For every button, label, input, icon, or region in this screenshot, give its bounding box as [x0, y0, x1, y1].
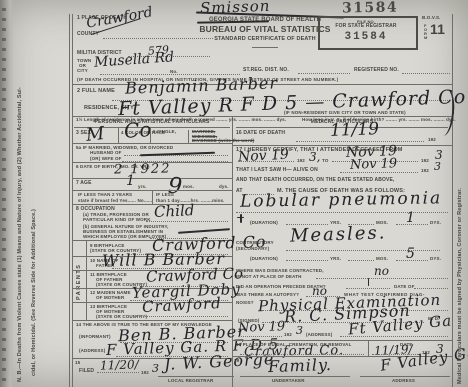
streg-dist-label: ST.REG. DIST. NO. — [243, 67, 289, 73]
date-of-death-handwritten: 11/19 — [330, 119, 380, 141]
contributory-label-2: (SECONDARY) — [236, 246, 269, 251]
margin-note-left-1: N. B.—In Deaths from Violent Causes stat… — [17, 87, 23, 382]
informant-address-label: (ADDRESS) — [79, 348, 105, 353]
local-registrar-label: LOCAL REGISTRAR — [168, 378, 213, 383]
last-saw-alive-label: THAT I LAST SAW H— ALIVE ON — [236, 167, 318, 173]
undertaker-handwritten: Family. — [268, 355, 333, 376]
form-border-left — [72, 14, 73, 387]
duration2-days-handwritten: 5 — [406, 246, 415, 262]
blank — [146, 221, 228, 222]
cell-divider — [152, 190, 153, 204]
bovs-label: B.O.V.S. — [422, 15, 441, 20]
date-of-death-label: 16 DATE OF DEATH — [236, 130, 285, 136]
filed-year-handwritten: 3 — [152, 362, 159, 375]
blank — [346, 288, 390, 289]
breast-fed-note-2: state if breast fed Yes...... No...... — [78, 198, 152, 203]
year-prefix: 192 — [284, 332, 292, 337]
cause-of-death-handwritten: Lobular pneumonia — [240, 188, 443, 212]
mother-maiden-label-2: OF MOTHER — [96, 295, 124, 300]
blank — [238, 336, 282, 337]
death-certificate-scan: N. B.—In Deaths from Violent Causes stat… — [0, 0, 468, 387]
form-number: 11 — [430, 21, 445, 37]
blank — [414, 288, 448, 289]
pen-stroke — [368, 278, 369, 286]
blank — [286, 250, 440, 251]
date-of-birth-handwritten: 2 1922 — [114, 161, 172, 177]
test-confirmed-label-2: NOSIS? — [236, 300, 254, 305]
sign-date-handwritten: Nov 19 — [238, 319, 286, 336]
filed-year-prefix: 192 — [141, 370, 149, 375]
marital-single-label: 5 SINGLE, — [153, 129, 176, 134]
year-prefix: 192 — [421, 158, 429, 163]
disease-contracted-label-2: IF NOT AT PLACE OF DEATH — [236, 274, 302, 279]
contracted-handwritten: no — [374, 264, 389, 278]
age-yrs-unit: yrs. — [138, 184, 147, 189]
blank — [136, 316, 228, 317]
blank — [316, 278, 448, 279]
last-saw-year-handwritten: 3 — [434, 160, 441, 173]
blank — [286, 260, 328, 261]
sign-year-handwritten: 3 — [296, 324, 303, 337]
dys-label: DYS. — [430, 256, 441, 261]
last-saw-handwritten: Nov 19 — [350, 156, 398, 173]
year-prefix: 192 — [297, 158, 305, 163]
rule — [240, 376, 350, 377]
blank — [97, 372, 139, 373]
mos-label: MOS. — [376, 256, 388, 261]
cell-divider — [368, 340, 369, 356]
operation-date-label: DATE OF — [394, 284, 414, 289]
file-box-label-2: FOR STATE REGISTRAR — [320, 23, 412, 29]
form-border-right — [452, 14, 453, 387]
margin-note-left-2: cidal, or Homicidal. (See Reverse Side f… — [31, 209, 37, 376]
age-yrs-handwritten: 1 — [126, 173, 135, 189]
less-than-day-note-1: IF LESS — [156, 192, 174, 197]
duration-label: (DURATION) — [250, 256, 278, 261]
yrs-label: YRS. — [330, 256, 341, 261]
age-dys-unit: dys. — [219, 184, 229, 189]
marital-brace — [188, 130, 189, 143]
county-blank — [103, 38, 213, 39]
rule — [158, 376, 234, 377]
undertaker-label: UNDERTAKER — [272, 378, 305, 383]
duration-label: (DURATION) — [250, 220, 278, 225]
occupation-handwritten: Child — [154, 201, 195, 221]
to-label: TO — [322, 158, 328, 163]
streg-blank — [298, 73, 350, 74]
color-race-handwritten: Co — [123, 117, 152, 143]
husband-of-label: HUSBAND OF — [90, 150, 122, 155]
blank — [236, 212, 448, 213]
death-occurred-statement: AND THAT DEATH OCCURRED, ON THE DATE STA… — [236, 177, 395, 183]
duration1-days-handwritten: 1 — [406, 210, 415, 226]
filed-label: FILED — [79, 368, 94, 374]
age-mos-unit: mos. — [183, 184, 194, 189]
town-label-3: CITY — [77, 68, 88, 73]
cell-divider — [118, 128, 119, 143]
blank — [348, 260, 374, 261]
contributory-label-1: CONTRIBUTORY — [236, 240, 274, 245]
sign-address-label: (ADDRESS) — [306, 332, 332, 337]
contributory-handwritten: Measles. — [290, 222, 387, 246]
disease-contracted-label-1: WHERE WAS DISEASE CONTRACTED, — [236, 268, 324, 273]
file-box-number: 31584 — [320, 31, 412, 43]
rule — [360, 376, 450, 377]
attended-from-year-handwritten: 3, — [309, 150, 320, 164]
informant-label: (INFORMANT) — [79, 334, 111, 339]
form-word-vertical: FORM — [424, 24, 429, 40]
pen-stroke-cross — [237, 217, 244, 218]
field19-number: 19 — [234, 358, 239, 363]
age-label: 7 AGE — [76, 180, 92, 186]
stamp-file-number-top: 31584 — [342, 0, 398, 16]
field15-number: 15 — [75, 360, 80, 365]
rule — [232, 145, 452, 146]
dys-label: DYS. — [430, 220, 441, 225]
rule — [72, 116, 452, 117]
blank — [240, 354, 364, 355]
pen-stroke-cross — [240, 214, 242, 223]
nonresident-note: (IF NON-RESIDENT GIVE CITY OR TOWN AND S… — [284, 110, 406, 115]
rule — [232, 340, 452, 341]
county-handwritten: Crawford — [85, 4, 154, 31]
form-border-left-outer — [69, 14, 70, 387]
breast-fed-note-1: IF LESS THAN 2 YEARS — [78, 192, 132, 197]
wife-of-label: (OR) WIFE OF — [90, 156, 122, 161]
occupation-a2: PARTICULAR KIND OF WORK — [83, 217, 151, 222]
header-rule — [252, 47, 278, 48]
year-prefix: 192 — [428, 137, 436, 142]
rule — [72, 178, 232, 179]
scan-edge-cut-text — [2, 6, 6, 381]
blank — [238, 161, 294, 162]
mother-birthplace-handwritten: Crawford — [142, 294, 223, 316]
rule — [72, 143, 232, 144]
full-name-label: 2 FULL NAME — [77, 88, 115, 95]
registered-blank — [402, 73, 450, 74]
blank — [296, 141, 424, 142]
parents-bracket — [86, 240, 87, 320]
rule — [72, 320, 232, 321]
cell-divider — [150, 128, 151, 143]
attended-from-handwritten: Nov 19 — [238, 147, 290, 166]
filed-date-handwritten: 11/20/ — [100, 357, 139, 372]
registered-no-label: REGISTERED NO. — [354, 67, 399, 73]
rule — [72, 204, 232, 205]
year-prefix: 192 — [421, 168, 429, 173]
undertaker-address-label: ADDRESS — [392, 378, 415, 383]
